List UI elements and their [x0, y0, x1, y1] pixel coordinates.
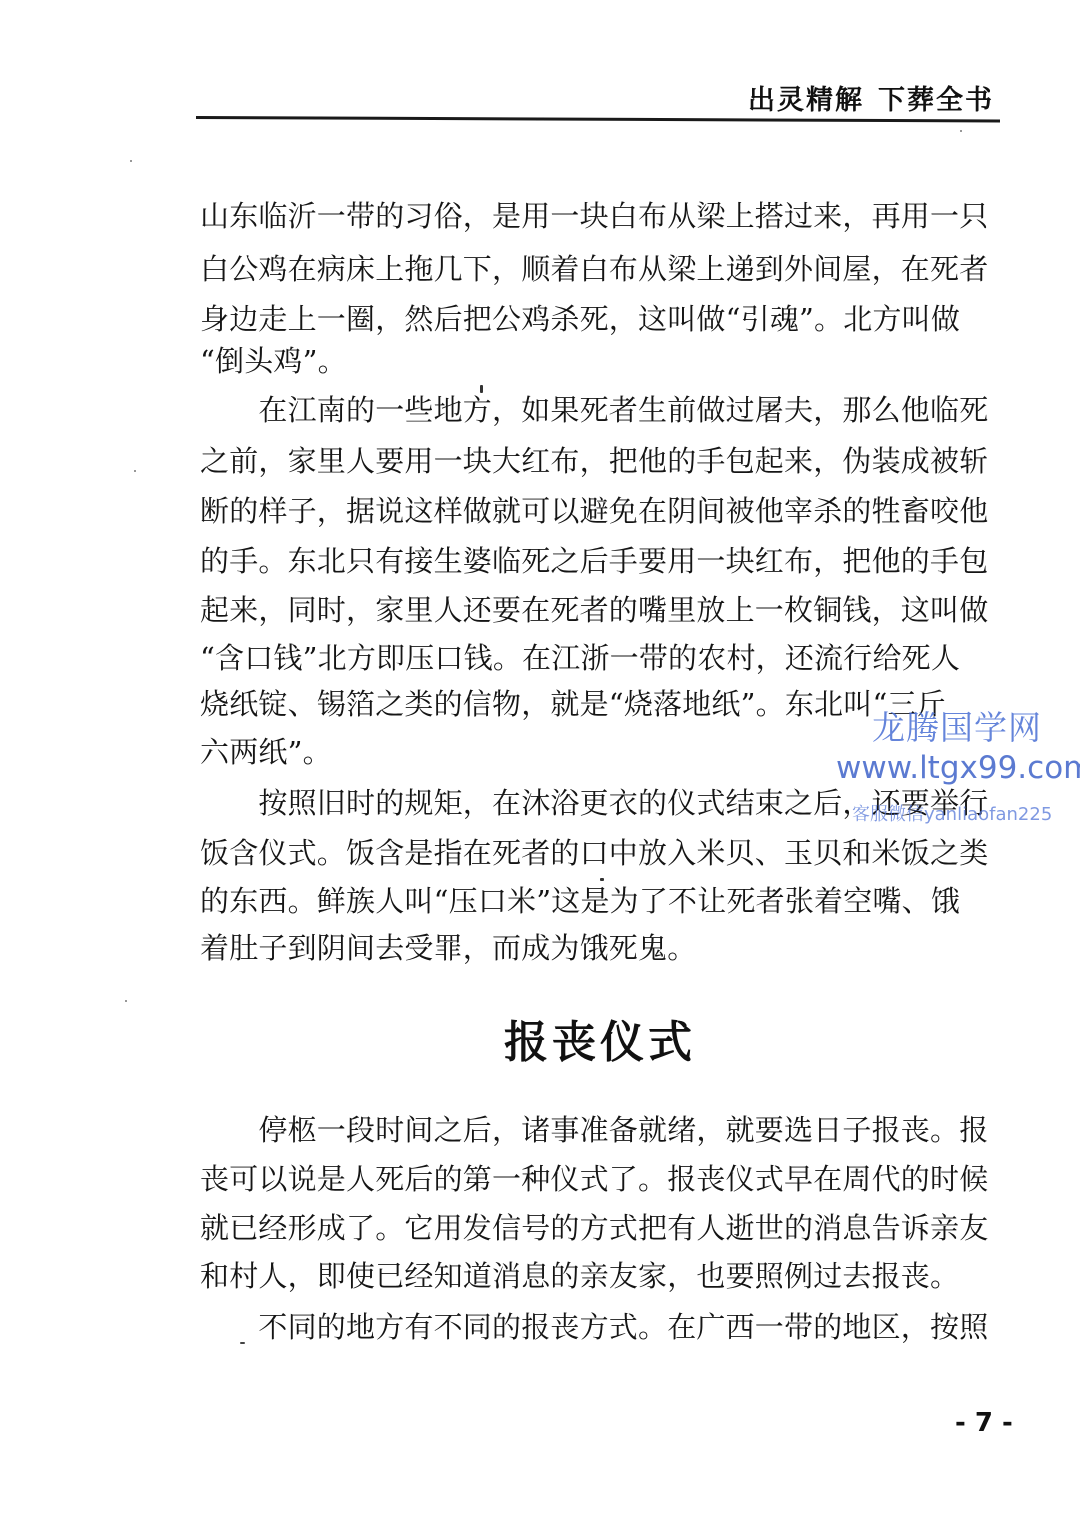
text-line: 身边走上一圈，然后把公鸡杀死，这叫做“引魂”。北方叫做 [200, 301, 1005, 337]
text-line: 停柩一段时间之后，诸事准备就绪，就要选日子报丧。报 [200, 1112, 1005, 1148]
running-head: 出灵精解下葬全书 [748, 78, 994, 117]
text-line: “含口钱”北方即压口钱。在江浙一带的农村，还流行给死人 [200, 640, 1005, 676]
scan-speck [134, 470, 136, 472]
scan-speck [960, 130, 962, 132]
watermark-contact: 客服微信yanliaofan225 [852, 800, 1052, 826]
text-line: 的手。东北只有接生婆临死之后手要用一块红布，把他的手包 [200, 543, 1005, 579]
text-line: 在江南的一些地方，如果死者生前做过屠夫，那么他临死 [200, 392, 1005, 428]
scan-speck [130, 160, 132, 162]
text-line: 的东西。鲜族人叫“压口米”这是为了不让死者张着空嘴、饿 [200, 883, 1005, 919]
text-line: 山东临沂一带的习俗，是用一块白布从梁上搭过来，再用一只 [200, 198, 1005, 234]
text-line: 之前，家里人要用一块大红布，把他的手包起来，伪装成被斩 [200, 443, 1005, 479]
text-line: 不同的地方有不同的报丧方式。在广西一带的地区，按照 [200, 1309, 1005, 1345]
text-line: “倒头鸡”。 [200, 343, 1005, 379]
scan-speck [125, 1000, 127, 1002]
text-line: 和村人，即使已经知道消息的亲友家，也要照例过去报丧。 [200, 1258, 1005, 1294]
scan-speck [480, 385, 483, 393]
page-number: - 7 - [955, 1408, 1013, 1438]
text-line: 断的样子，据说这样做就可以避免在阴间被他宰杀的牲畜咬他 [200, 493, 1005, 529]
text-line: 就已经形成了。它用发信号的方式把有人逝世的消息告诉亲友 [200, 1210, 1005, 1246]
watermark-site-name: 龙腾国学网 [872, 702, 1042, 749]
watermark-url: www.ltgx99.com [836, 750, 1080, 786]
text-line: 丧可以说是人死后的第一种仪式了。报丧仪式早在周代的时候 [200, 1161, 1005, 1197]
text-line: 起来，同时，家里人还要在死者的嘴里放上一枚铜钱，这叫做 [200, 592, 1005, 628]
book-title: 出灵精解 [748, 85, 864, 116]
text-line: 饭含仪式。饭含是指在死者的口中放入米贝、玉贝和米饭之类 [200, 835, 1005, 871]
section-title: 报丧仪式 [0, 1006, 1080, 1070]
text-line: 白公鸡在病床上拖几下，顺着白布从梁上递到外间屋，在死者 [200, 251, 1005, 287]
series-title: 下葬全书 [878, 85, 994, 116]
scan-speck [600, 878, 604, 881]
text-line: 着肚子到阴间去受罪，而成为饿死鬼。 [200, 930, 1005, 966]
scan-speck [240, 1342, 245, 1344]
